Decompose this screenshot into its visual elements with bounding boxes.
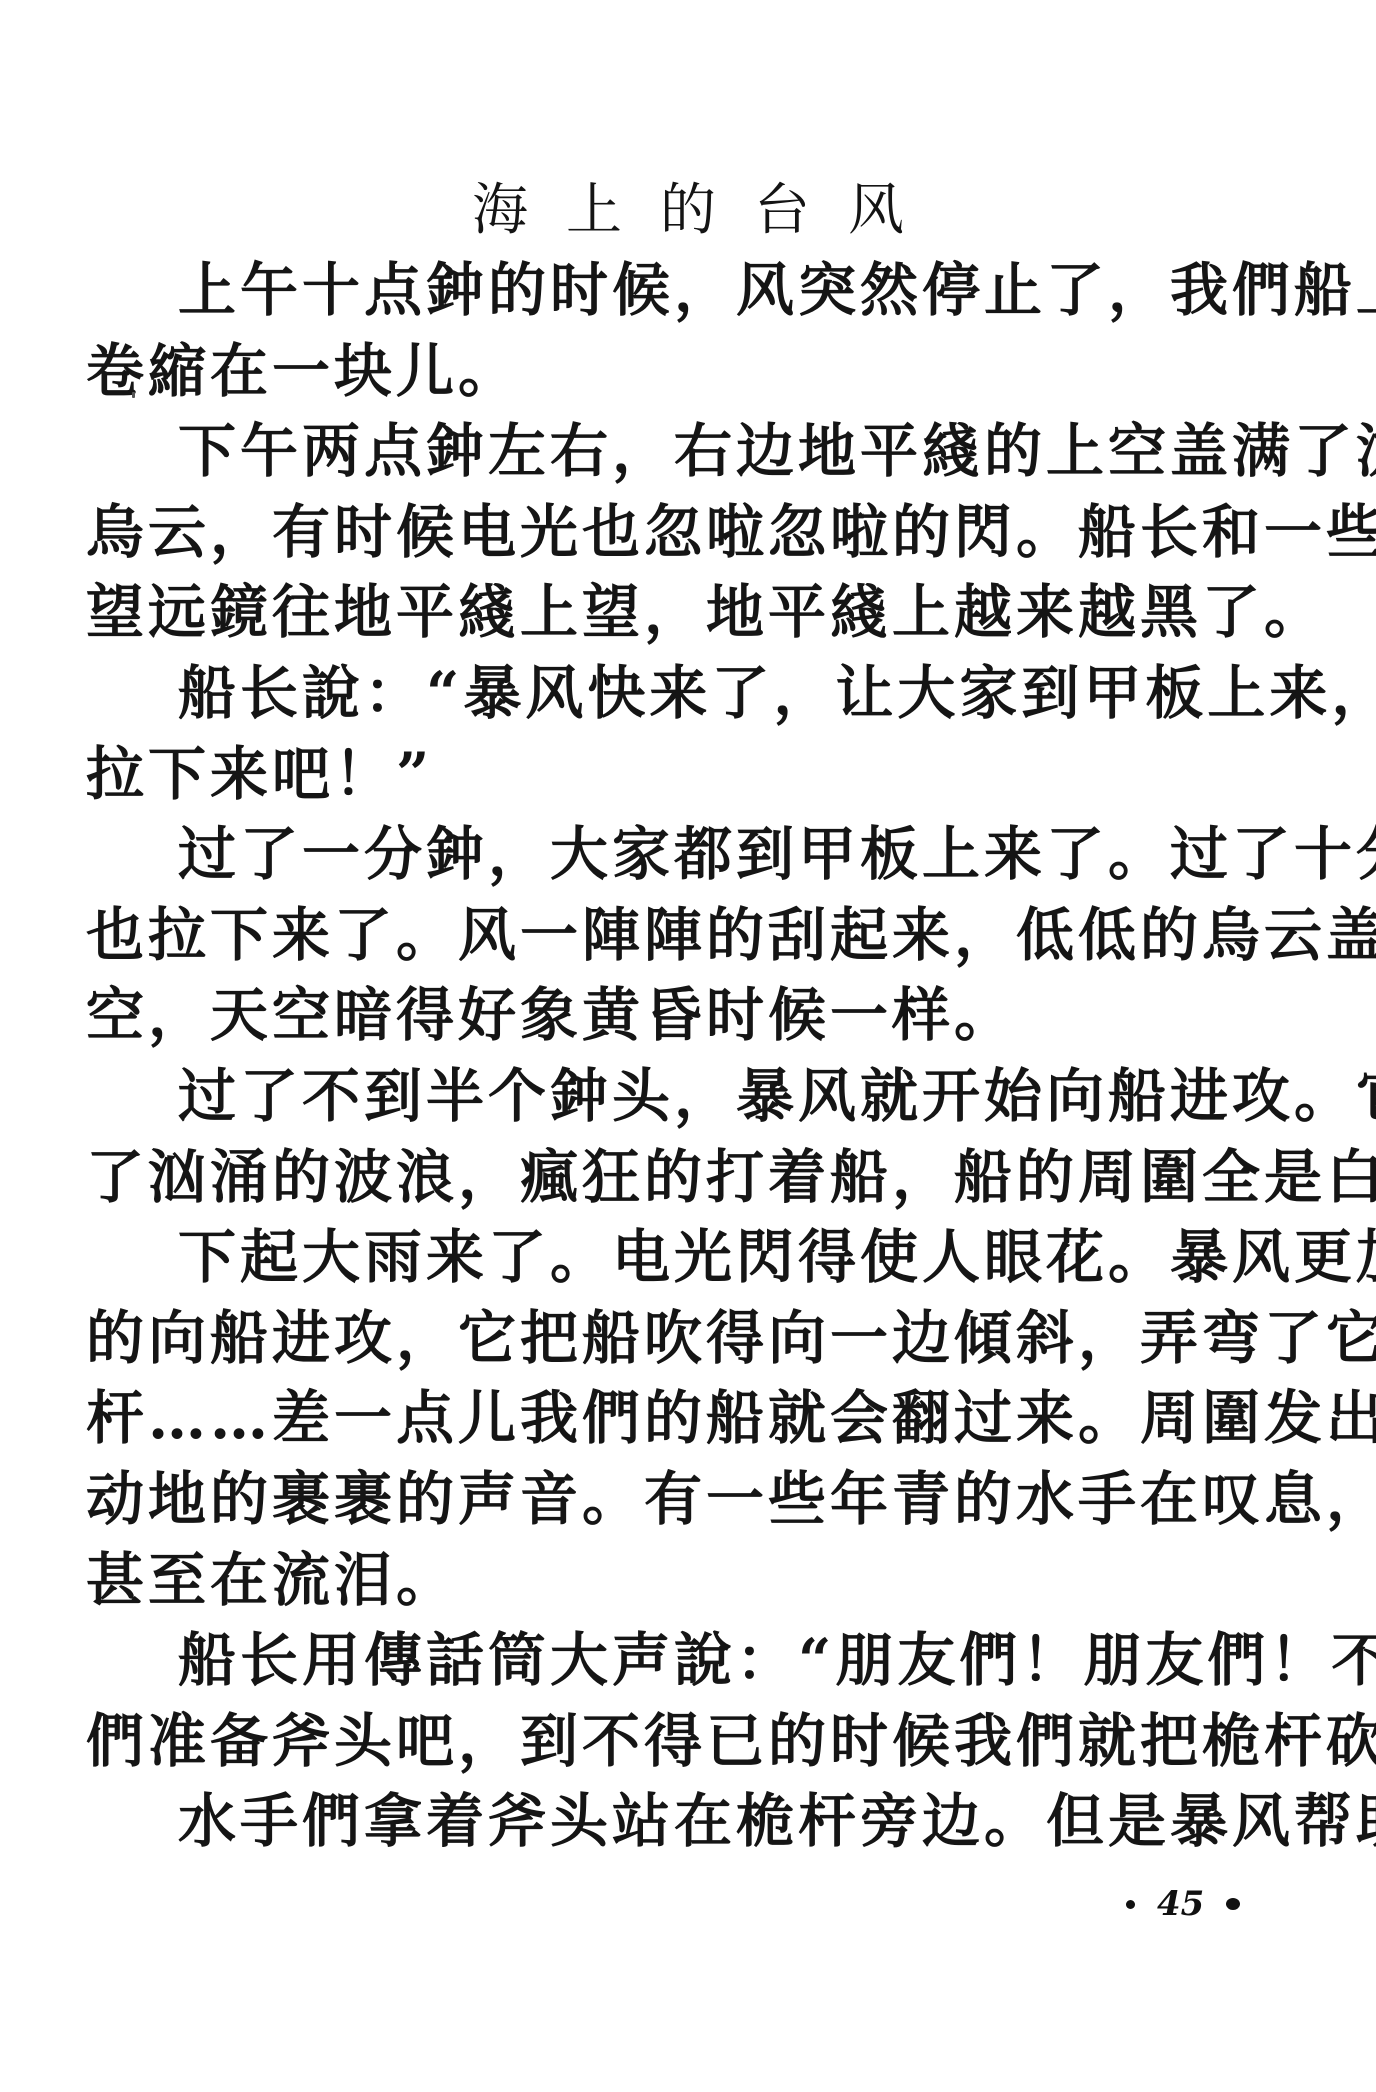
text-line: 拉下来吧！” [86, 734, 1276, 815]
text-line: 下起大雨来了。电光閃得使人眼花。暴风更加猛烈 [86, 1217, 1276, 1298]
text-line: 船长用傳話筒大声說：“朋友們！朋友們！不要怕。你 [86, 1620, 1276, 1701]
text-line: 下午两点鈡左右，右边地平綫的上空盖满了沉重的 [86, 411, 1276, 492]
text-line: 过了一分鈡，大家都到甲板上来了。过了十分鈡，帆 [86, 814, 1276, 895]
text-line: 船长說：“暴风快来了，让大家到甲板上来，同时把帆 [86, 653, 1276, 734]
bullet-dot-icon [1126, 1900, 1135, 1909]
scan-speck [132, 392, 135, 398]
text-line: 空，天空暗得好象黄昏时候一样。 [86, 975, 1276, 1056]
book-page: 海上的台风 上午十点鈡的时候，风突然停止了，我們船上的帆都 卷縮在一块儿。 下午… [0, 0, 1376, 2092]
text-line: 了汹涌的波浪，瘋狂的打着船，船的周圍全是白的浪花。 [86, 1137, 1276, 1218]
body-text: 上午十点鈡的时候，风突然停止了，我們船上的帆都 卷縮在一块儿。 下午两点鈡左右，… [86, 250, 1276, 1862]
text-line: 上午十点鈡的时候，风突然停止了，我們船上的帆都 [86, 250, 1276, 331]
chapter-title: 海上的台风 [0, 176, 1376, 246]
text-line: 的向船进攻，它把船吹得向一边傾斜，弄弯了它的桅 [86, 1298, 1276, 1379]
text-line: 們准备斧头吧，到不得已的时候我們就把桅杆砍下来。” [86, 1701, 1276, 1782]
text-line: 卷縮在一块儿。 [86, 331, 1276, 412]
text-line: 烏云，有时候电光也忽啦忽啦的閃。船长和一些軍官用 [86, 492, 1276, 573]
page-number: 45 [1126, 1884, 1240, 1924]
text-line: 杆……差一点儿我們的船就会翻过来。周圍发出了惊天 [86, 1378, 1276, 1459]
text-line: 动地的裹裹的声音。有一些年青的水手在叹息，有一些 [86, 1459, 1276, 1540]
text-line: 甚至在流泪。 [86, 1540, 1276, 1621]
bullet-dot-icon [1226, 1898, 1240, 1910]
text-line: 水手們拿着斧头站在桅杆旁边。但是暴风帮助他們 [86, 1781, 1276, 1862]
text-line: 望远鏡往地平綫上望，地平綫上越来越黑了。 [86, 572, 1276, 653]
page-number-value: 45 [1157, 1884, 1204, 1924]
text-line: 也拉下来了。风一陣陣的刮起来，低低的烏云盖满了天 [86, 895, 1276, 976]
text-line: 过了不到半个鈡头，暴风就开始向船进攻。它掀起 [86, 1056, 1276, 1137]
